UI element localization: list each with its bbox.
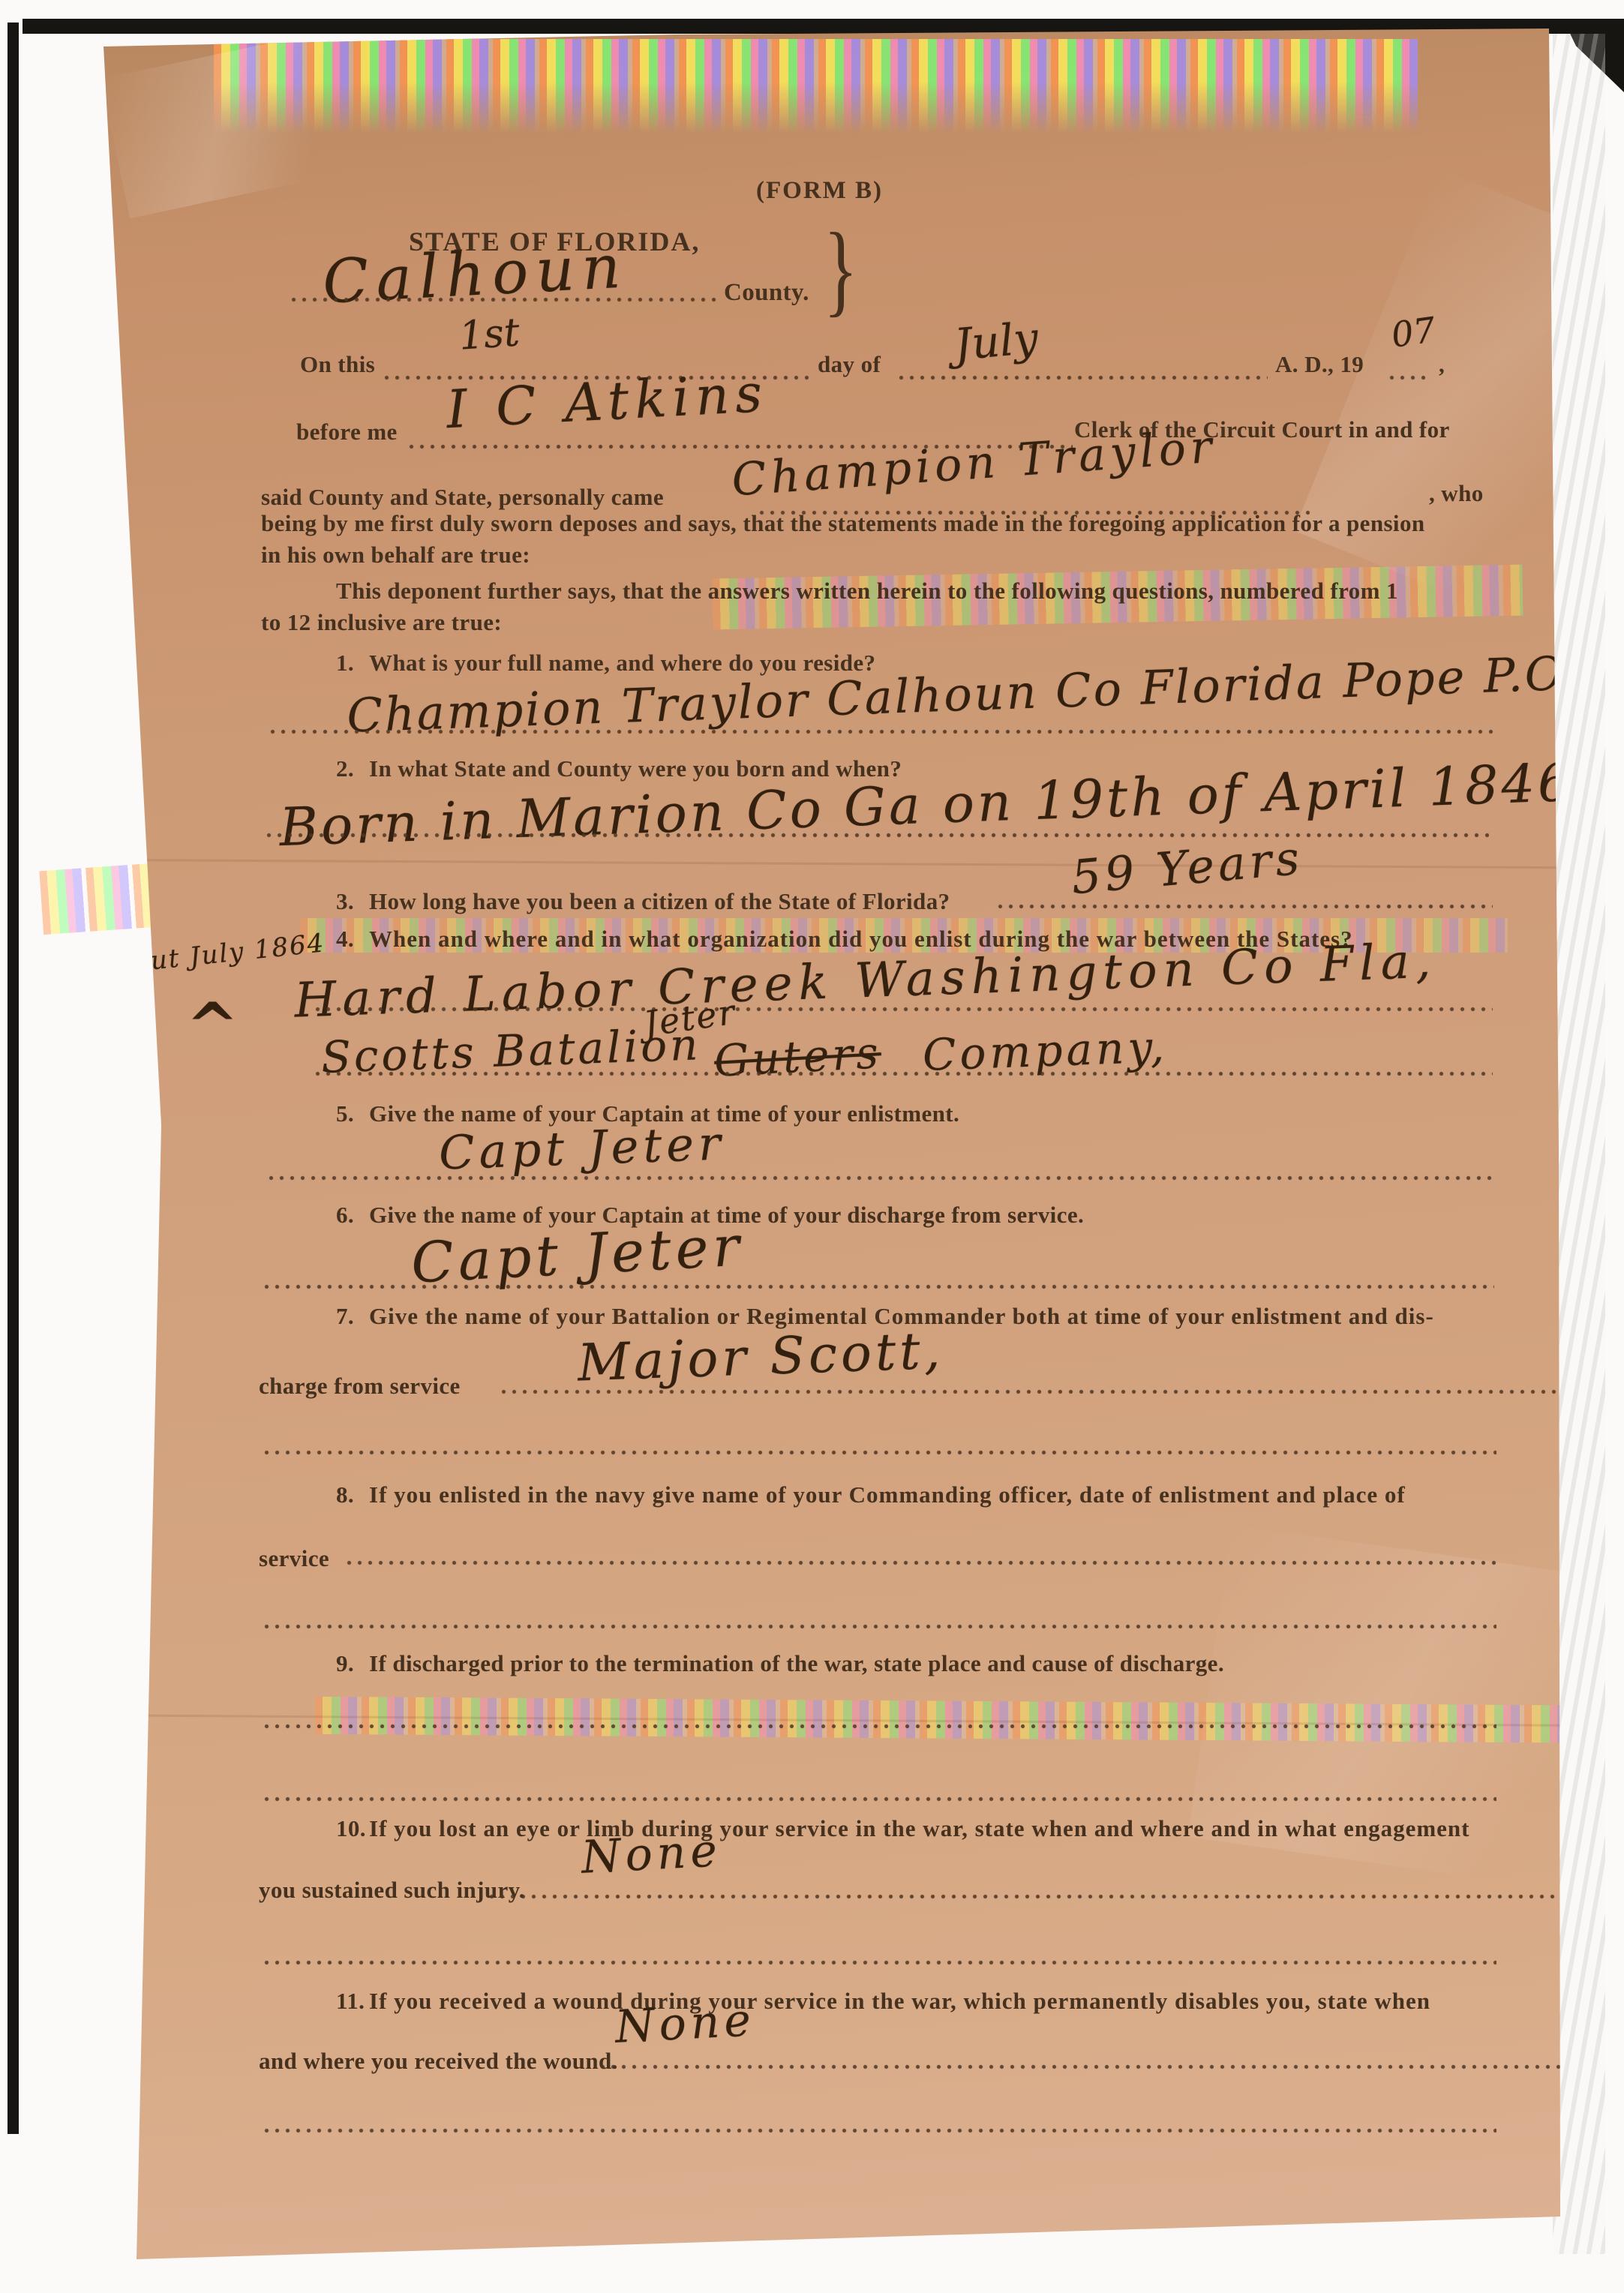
question-11-dotted-line bbox=[600, 2064, 1560, 2069]
question-6-number: 6. bbox=[336, 1202, 354, 1229]
question-10-number: 10. bbox=[336, 1815, 366, 1842]
year-value-handwritten: 07 bbox=[1389, 312, 1437, 353]
paper-crease-upper bbox=[98, 859, 1560, 869]
question-4-inserted-word-handwritten: Jeter bbox=[641, 995, 738, 1042]
question-9-number: 9. bbox=[336, 1650, 354, 1677]
question-3-number: 3. bbox=[336, 888, 354, 915]
question-3-answer-handwritten: 59 Years bbox=[1070, 835, 1304, 902]
question-8-dotted-line bbox=[347, 1560, 1496, 1565]
question-8-empty-dotted-line bbox=[264, 1624, 1496, 1629]
question-10-dotted-line bbox=[489, 1894, 1590, 1899]
deponent-line1: This deponent further says, that the ans… bbox=[336, 578, 1398, 605]
plastic-sleeve-edge bbox=[1553, 34, 1605, 2254]
question-10-empty-dotted-line bbox=[264, 1960, 1496, 1965]
question-9-text: If discharged prior to the termination o… bbox=[369, 1650, 1224, 1677]
question-5-dotted-line bbox=[269, 1175, 1494, 1181]
question-7-empty-dotted-line bbox=[264, 1450, 1496, 1455]
county-label: County. bbox=[724, 279, 809, 308]
question-11-text-line2: and where you received the wound. bbox=[259, 2048, 618, 2075]
question-11-number: 11. bbox=[336, 1988, 365, 2015]
question-7-number: 7. bbox=[336, 1303, 354, 1330]
scanner-left-edge bbox=[8, 23, 19, 2134]
who-label: , who bbox=[1429, 480, 1484, 507]
day-value-handwritten: 1st bbox=[458, 313, 521, 356]
year-dotted-line bbox=[1389, 375, 1431, 380]
question-10-text-line1: If you lost an eye or limb during your s… bbox=[369, 1815, 1469, 1842]
question-4-annotation-handwritten: about July 1864 bbox=[98, 930, 326, 979]
question-3-dotted-line bbox=[998, 904, 1493, 909]
sworn-text-line1: being by me first duly sworn deposes and… bbox=[261, 510, 1425, 537]
question-2-number: 2. bbox=[336, 755, 354, 782]
form-b-label: (FORM B) bbox=[756, 177, 883, 206]
question-9-dotted-line1 bbox=[264, 1724, 1496, 1729]
question-4-dotted-line1 bbox=[315, 1007, 1493, 1012]
question-11-answer-handwritten: None bbox=[614, 1997, 757, 2050]
question-3-text: How long have you been a citizen of the … bbox=[369, 888, 950, 915]
question-4-dotted-line2 bbox=[315, 1071, 1493, 1076]
question-1-number: 1. bbox=[336, 650, 354, 677]
question-10-text-line2: you sustained such injury. bbox=[259, 1877, 525, 1904]
date-comma: , bbox=[1439, 351, 1445, 378]
month-dotted-line bbox=[899, 375, 1268, 380]
personally-came-label: said County and State, personally came bbox=[261, 484, 664, 511]
question-4-number: 4. bbox=[336, 926, 354, 953]
day-of-label: day of bbox=[818, 351, 881, 378]
question-5-answer-handwritten: Capt Jeter bbox=[438, 1120, 725, 1176]
question-8-number: 8. bbox=[336, 1481, 354, 1508]
question-8-text-line1: If you enlisted in the navy give name of… bbox=[369, 1481, 1406, 1508]
holographic-band-top bbox=[214, 39, 1418, 134]
before-me-label: before me bbox=[296, 419, 398, 446]
final-empty-dotted-line bbox=[264, 2128, 1496, 2133]
ad-19-label: A. D., 19 bbox=[1275, 351, 1364, 378]
question-6-answer-handwritten: Capt Jeter bbox=[410, 1218, 745, 1291]
question-2-dotted-line bbox=[266, 833, 1489, 838]
question-9-dotted-line2 bbox=[264, 1796, 1496, 1802]
question-10-answer-handwritten: None bbox=[581, 1828, 723, 1880]
on-this-label: On this bbox=[300, 351, 375, 378]
question-7-dotted-line bbox=[501, 1389, 1594, 1394]
scanned-page: (FORM B) STATE OF FLORIDA, Calhoun Count… bbox=[0, 0, 1624, 2293]
county-brace: } bbox=[824, 210, 858, 329]
insertion-caret-handwritten: ^ bbox=[186, 995, 239, 1058]
question-8-text-line2: service bbox=[259, 1545, 329, 1572]
month-value-handwritten: July bbox=[953, 316, 1040, 367]
sworn-text-line2: in his own behalf are true: bbox=[261, 542, 530, 569]
question-11-text-line1: If you received a wound during your serv… bbox=[369, 1988, 1430, 2015]
question-7-text-line2: charge from service bbox=[259, 1373, 461, 1400]
question-5-number: 5. bbox=[336, 1100, 354, 1127]
applicant-name-handwritten: Champion Traylor bbox=[731, 425, 1218, 503]
question-1-dotted-line bbox=[270, 729, 1493, 734]
question-6-dotted-line bbox=[264, 1284, 1494, 1289]
plastic-glare-topleft bbox=[101, 29, 365, 218]
question-7-answer-handwritten: Major Scott, bbox=[577, 1326, 944, 1390]
question-4-answer-line2-end-handwritten: Company, bbox=[922, 1025, 1169, 1076]
county-dotted-line bbox=[291, 297, 719, 302]
clerk-name-handwritten: I C Atkins bbox=[445, 367, 769, 436]
document-paper: (FORM B) STATE OF FLORIDA, Calhoun Count… bbox=[98, 23, 1560, 2261]
deponent-line2: to 12 inclusive are true: bbox=[261, 609, 502, 636]
